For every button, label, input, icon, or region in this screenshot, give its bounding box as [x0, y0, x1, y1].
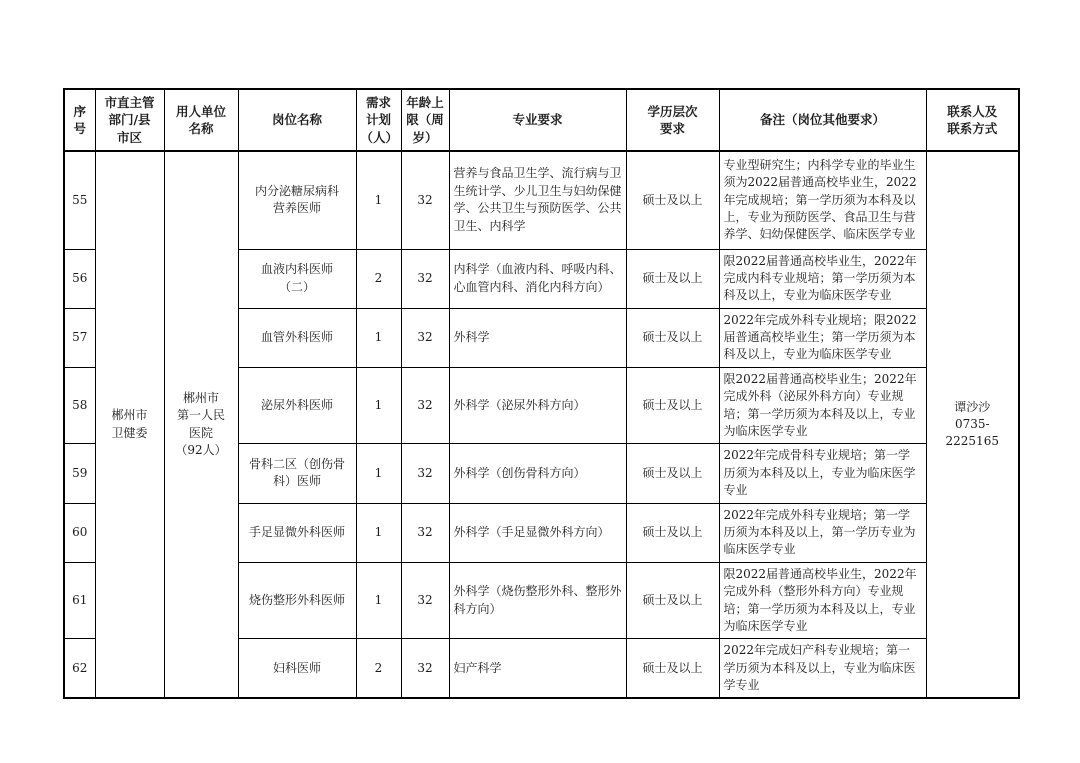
cell-major: 外科学（烧伤整形外科、整形外科方向）: [449, 562, 626, 639]
header-cell-contact: 联系人及 联系方式: [926, 89, 1019, 151]
cell-age: 32: [401, 444, 449, 503]
cell-remark: 2022年完成骨科专业规培；第一学历须为本科及以上，专业为临床医学专业: [719, 444, 926, 503]
cell-degree: 硕士及以上: [626, 503, 719, 562]
header-cell-employer: 用人单位 名称: [164, 89, 238, 151]
header-cell-remark: 备注（岗位其他要求）: [719, 89, 926, 151]
header-cell-degree: 学历层次 要求: [626, 89, 719, 151]
recruitment-table: 序号 市直主管 部门/县 市区 用人单位 名称 岗位名称 需求 计划 （人） 年…: [63, 88, 1020, 699]
header-cell-position: 岗位名称: [238, 89, 356, 151]
cell-age: 32: [401, 151, 449, 249]
cell-degree: 硕士及以上: [626, 151, 719, 249]
cell-remark: 限2022届普通高校毕业生；2022年完成外科（泌尿外科方向）专业规培；第一学历…: [719, 367, 926, 444]
cell-remark: 限2022届普通高校毕业生，2022年完成外科（整形外科方向）专业规培；第一学历…: [719, 562, 926, 639]
cell-count: 1: [356, 151, 401, 249]
cell-position: 内分泌糖尿病科 营养医师: [238, 151, 356, 249]
cell-count: 1: [356, 367, 401, 444]
cell-age: 32: [401, 249, 449, 308]
cell-age: 32: [401, 308, 449, 367]
cell-major: 外科学（泌尿外科方向）: [449, 367, 626, 444]
header-cell-age: 年龄上 限（周 岁）: [401, 89, 449, 151]
cell-major: 外科学: [449, 308, 626, 367]
cell-age: 32: [401, 639, 449, 699]
cell-serial: 57: [64, 308, 95, 367]
cell-serial: 59: [64, 444, 95, 503]
cell-major: 外科学（手足显微外科方向）: [449, 503, 626, 562]
cell-serial: 56: [64, 249, 95, 308]
cell-position: 血液内科医师 （二）: [238, 249, 356, 308]
cell-count: 1: [356, 444, 401, 503]
cell-serial: 62: [64, 639, 95, 699]
cell-contact: 谭沙沙 0735-2225165: [926, 151, 1019, 698]
cell-position: 妇科医师: [238, 639, 356, 699]
contact-phone: 0735-2225165: [931, 416, 1015, 451]
cell-serial: 61: [64, 562, 95, 639]
cell-serial: 58: [64, 367, 95, 444]
cell-serial: 55: [64, 151, 95, 249]
cell-count: 1: [356, 562, 401, 639]
cell-age: 32: [401, 562, 449, 639]
cell-major: 营养与食品卫生学、流行病与卫生统计学、少儿卫生与妇幼保健学、公共卫生与预防医学、…: [449, 151, 626, 249]
cell-department: 郴州市 卫健委: [95, 151, 164, 698]
cell-count: 1: [356, 503, 401, 562]
cell-remark: 2022年完成外科专业规培；第一学历须为本科及以上，第一学历专业为临床医学专业: [719, 503, 926, 562]
cell-major: 妇产科学: [449, 639, 626, 699]
cell-employer: 郴州市 第一人民 医院 （92人）: [164, 151, 238, 698]
cell-position: 血管外科医师: [238, 308, 356, 367]
cell-position: 泌尿外科医师: [238, 367, 356, 444]
cell-degree: 硕士及以上: [626, 367, 719, 444]
cell-degree: 硕士及以上: [626, 444, 719, 503]
header-row: 序号 市直主管 部门/县 市区 用人单位 名称 岗位名称 需求 计划 （人） 年…: [64, 89, 1019, 151]
cell-count: 1: [356, 308, 401, 367]
table-row: 55 郴州市 卫健委 郴州市 第一人民 医院 （92人） 内分泌糖尿病科 营养医…: [64, 151, 1019, 249]
cell-degree: 硕士及以上: [626, 639, 719, 699]
header-cell-count: 需求 计划 （人）: [356, 89, 401, 151]
cell-age: 32: [401, 503, 449, 562]
header-cell-department: 市直主管 部门/县 市区: [95, 89, 164, 151]
cell-count: 2: [356, 249, 401, 308]
cell-remark: 限2022届普通高校毕业生，2022年完成内科专业规培；第一学历须为本科及以上，…: [719, 249, 926, 308]
cell-major: 外科学（创伤骨科方向）: [449, 444, 626, 503]
cell-position: 烧伤整形外科医师: [238, 562, 356, 639]
contact-name: 谭沙沙: [931, 399, 1015, 416]
cell-age: 32: [401, 367, 449, 444]
cell-position: 骨科二区（创伤骨科）医师: [238, 444, 356, 503]
header-cell-no: 序号: [64, 89, 95, 151]
cell-count: 2: [356, 639, 401, 699]
header-cell-major: 专业要求: [449, 89, 626, 151]
cell-degree: 硕士及以上: [626, 249, 719, 308]
cell-degree: 硕士及以上: [626, 562, 719, 639]
cell-serial: 60: [64, 503, 95, 562]
cell-remark: 2022年完成外科专业规培；限2022届普通高校毕业生；第一学历须为本科及以上，…: [719, 308, 926, 367]
cell-remark: 专业型研究生；内科学专业的毕业生须为2022届普通高校毕业生，2022年完成规培…: [719, 151, 926, 249]
cell-degree: 硕士及以上: [626, 308, 719, 367]
cell-position: 手足显微外科医师: [238, 503, 356, 562]
cell-remark: 2022年完成妇产科专业规培；第一学历须为本科及以上，专业为临床医学专业: [719, 639, 926, 699]
cell-major: 内科学（血液内科、呼吸内科、心血管内科、消化内科方向）: [449, 249, 626, 308]
